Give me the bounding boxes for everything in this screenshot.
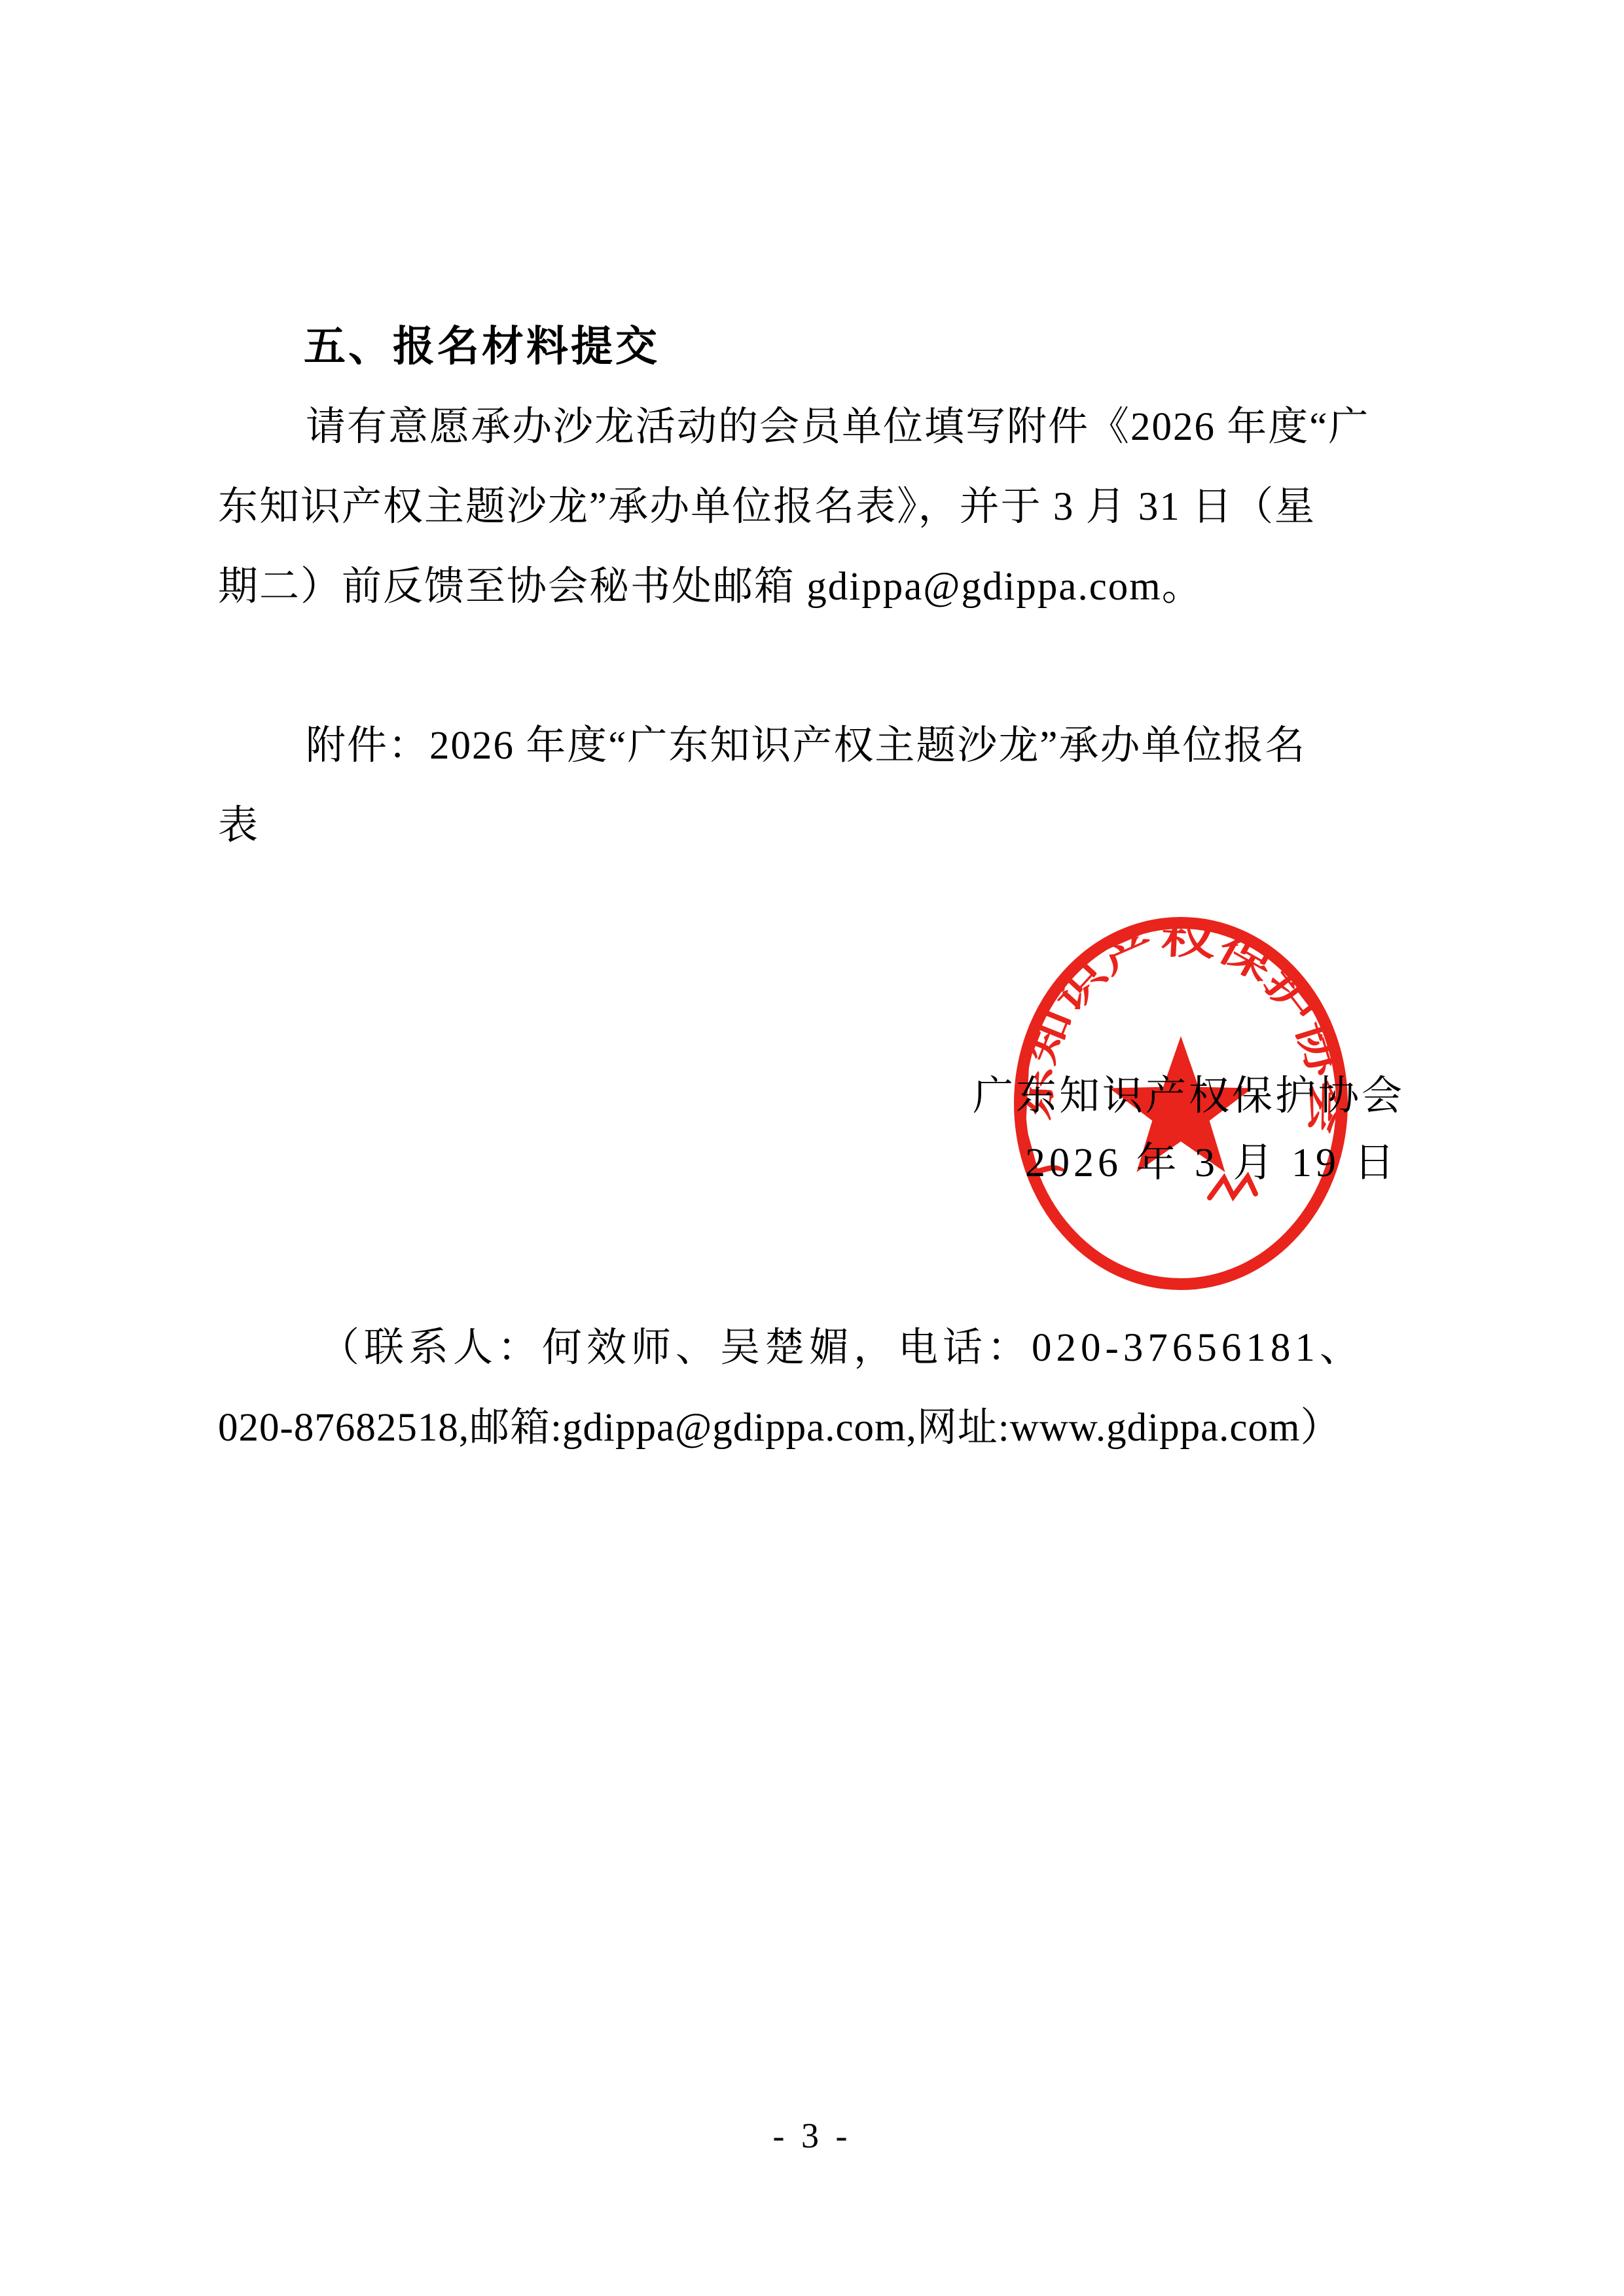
section-heading: 五、报名材料提交	[304, 313, 660, 373]
page-number: - 3 -	[0, 2115, 1624, 2156]
contact-line: （联系人：何效师、吴楚媚，电话：020-37656181、	[218, 1308, 1408, 1388]
paragraph-line: 期二）前反馈至协会秘书处邮箱 gdippa@gdippa.com。	[218, 547, 1408, 627]
paragraph-line: 请有意愿承办沙龙活动的会员单位填写附件《2026 年度“广	[218, 387, 1408, 467]
attachment-note: 附件：2026 年度“广东知识产权主题沙龙”承办单位报名 表	[218, 706, 1408, 866]
paragraph-line: 东知识产权主题沙龙”承办单位报名表》，并于 3 月 31 日（星	[218, 467, 1408, 547]
contact-info: （联系人：何效师、吴楚媚，电话：020-37656181、 020-876825…	[218, 1308, 1408, 1468]
signature-date: 2026 年 3 月 19 日	[1025, 1134, 1399, 1193]
attachment-line: 附件：2026 年度“广东知识产权主题沙龙”承办单位报名	[218, 706, 1408, 786]
paragraph-submission: 请有意愿承办沙龙活动的会员单位填写附件《2026 年度“广 东知识产权主题沙龙”…	[218, 387, 1408, 627]
attachment-line: 表	[218, 786, 1408, 866]
contact-line: 020-87682518,邮箱:gdippa@gdippa.com,网址:www…	[218, 1388, 1408, 1468]
document-page: 五、报名材料提交 请有意愿承办沙龙活动的会员单位填写附件《2026 年度“广 东…	[0, 0, 1624, 2296]
signature-org: 广东知识产权保护协会	[973, 1067, 1405, 1126]
